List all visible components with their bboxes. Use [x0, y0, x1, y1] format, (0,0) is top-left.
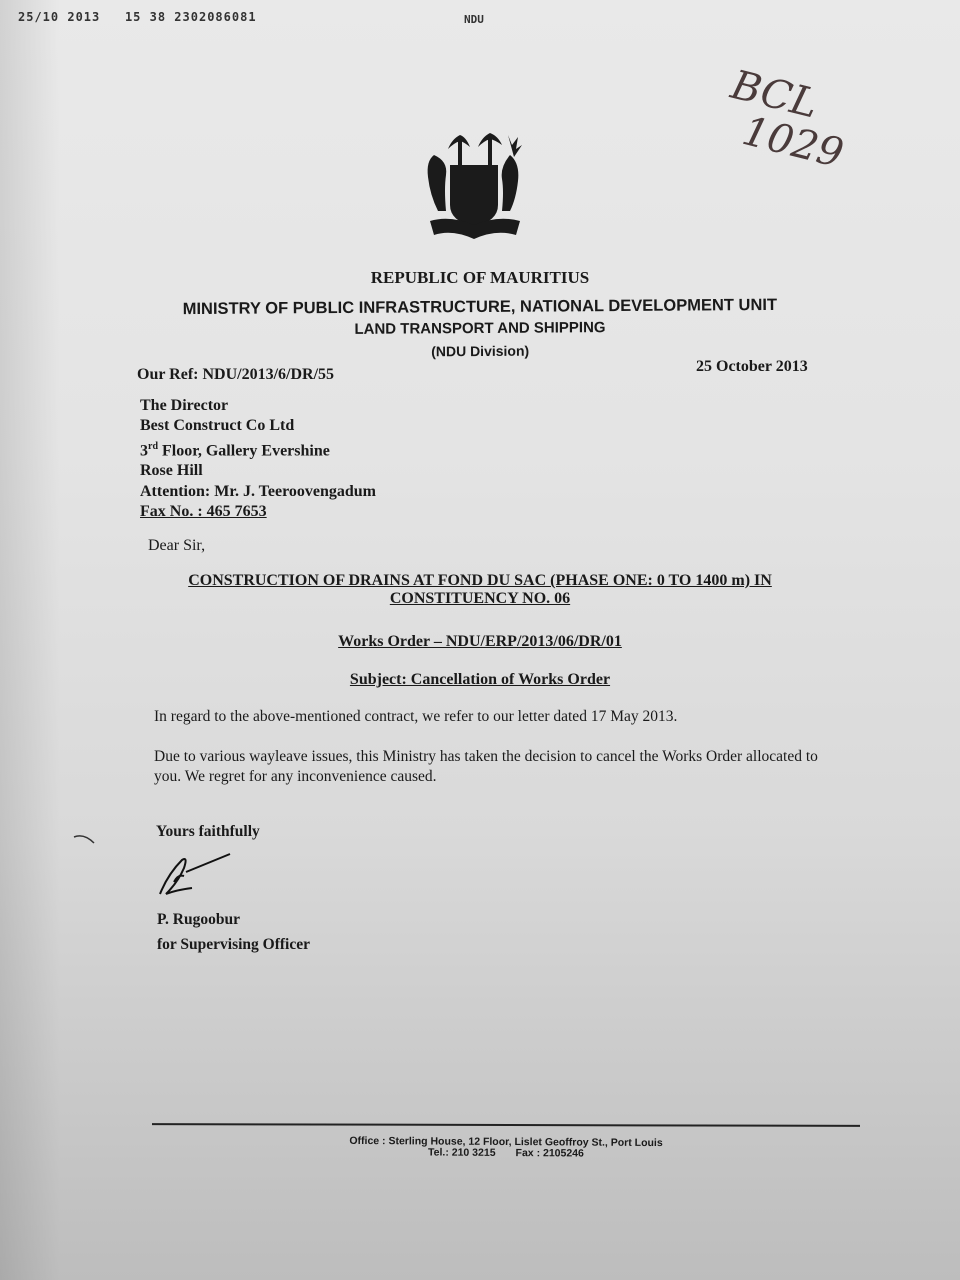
- fax-sender: NDU: [464, 13, 484, 26]
- pen-mark: [72, 832, 96, 846]
- reference-number: Our Ref: NDU/2013/6/DR/55: [137, 366, 334, 384]
- recipient-address: The Director Best Construct Co Ltd 3rd F…: [140, 396, 376, 522]
- signer-role: for Supervising Officer: [157, 932, 310, 957]
- office-footer: Office : Sterling House, 12 Floor, Lisle…: [152, 1135, 860, 1162]
- contract-title-line-2: CONSTITUENCY NO. 06: [390, 590, 570, 607]
- subject-line: Subject: Cancellation of Works Order: [160, 671, 800, 689]
- recipient-title: The Director: [140, 396, 376, 416]
- country-heading: REPUBLIC OF MAURITIUS: [0, 268, 960, 288]
- contract-title-line-1: CONSTRUCTION OF DRAINS AT FOND DU SAC (P…: [188, 572, 772, 589]
- coat-of-arms-icon: [420, 125, 530, 245]
- recipient-floor: 3rd Floor, Gallery Evershine: [140, 437, 376, 462]
- contract-title: CONSTRUCTION OF DRAINS AT FOND DU SAC (P…: [160, 572, 800, 608]
- recipient-town: Rose Hill: [140, 461, 376, 481]
- page-shadow: [0, 0, 60, 1280]
- recipient-company: Best Construct Co Ltd: [140, 416, 376, 436]
- recipient-fax: Fax No. : 465 7653: [140, 502, 376, 522]
- salutation: Dear Sir,: [148, 537, 205, 555]
- fax-number: 2302086081: [174, 10, 256, 24]
- signer-block: P. Rugoobur for Supervising Officer: [157, 907, 310, 957]
- body-paragraph-1: In regard to the above-mentioned contrac…: [154, 708, 834, 726]
- works-order-number: Works Order – NDU/ERP/2013/06/DR/01: [160, 633, 800, 651]
- signer-name: P. Rugoobur: [157, 907, 310, 932]
- signature: [150, 852, 240, 902]
- valediction: Yours faithfully: [156, 823, 260, 841]
- footer-divider: [152, 1123, 860, 1127]
- recipient-attention: Attention: Mr. J. Teeroovengadum: [140, 482, 376, 502]
- handwritten-annotation: BCL 1029: [709, 60, 858, 177]
- ministry-heading: MINISTRY OF PUBLIC INFRASTRUCTURE, NATIO…: [160, 294, 800, 364]
- body-paragraph-2: Due to various wayleave issues, this Min…: [154, 747, 834, 787]
- fax-date: 25/10 2013: [18, 10, 100, 24]
- office-fax: Fax : 2105246: [516, 1147, 584, 1159]
- office-tel: Tel.: 210 3215: [428, 1146, 496, 1158]
- fax-time: 15 38: [125, 10, 166, 24]
- letter-date: 25 October 2013: [696, 358, 808, 376]
- ministry-line-1: MINISTRY OF PUBLIC INFRASTRUCTURE, NATIO…: [160, 294, 800, 320]
- fax-transmission-header: 25/10 2013 15 38 2302086081: [18, 10, 257, 24]
